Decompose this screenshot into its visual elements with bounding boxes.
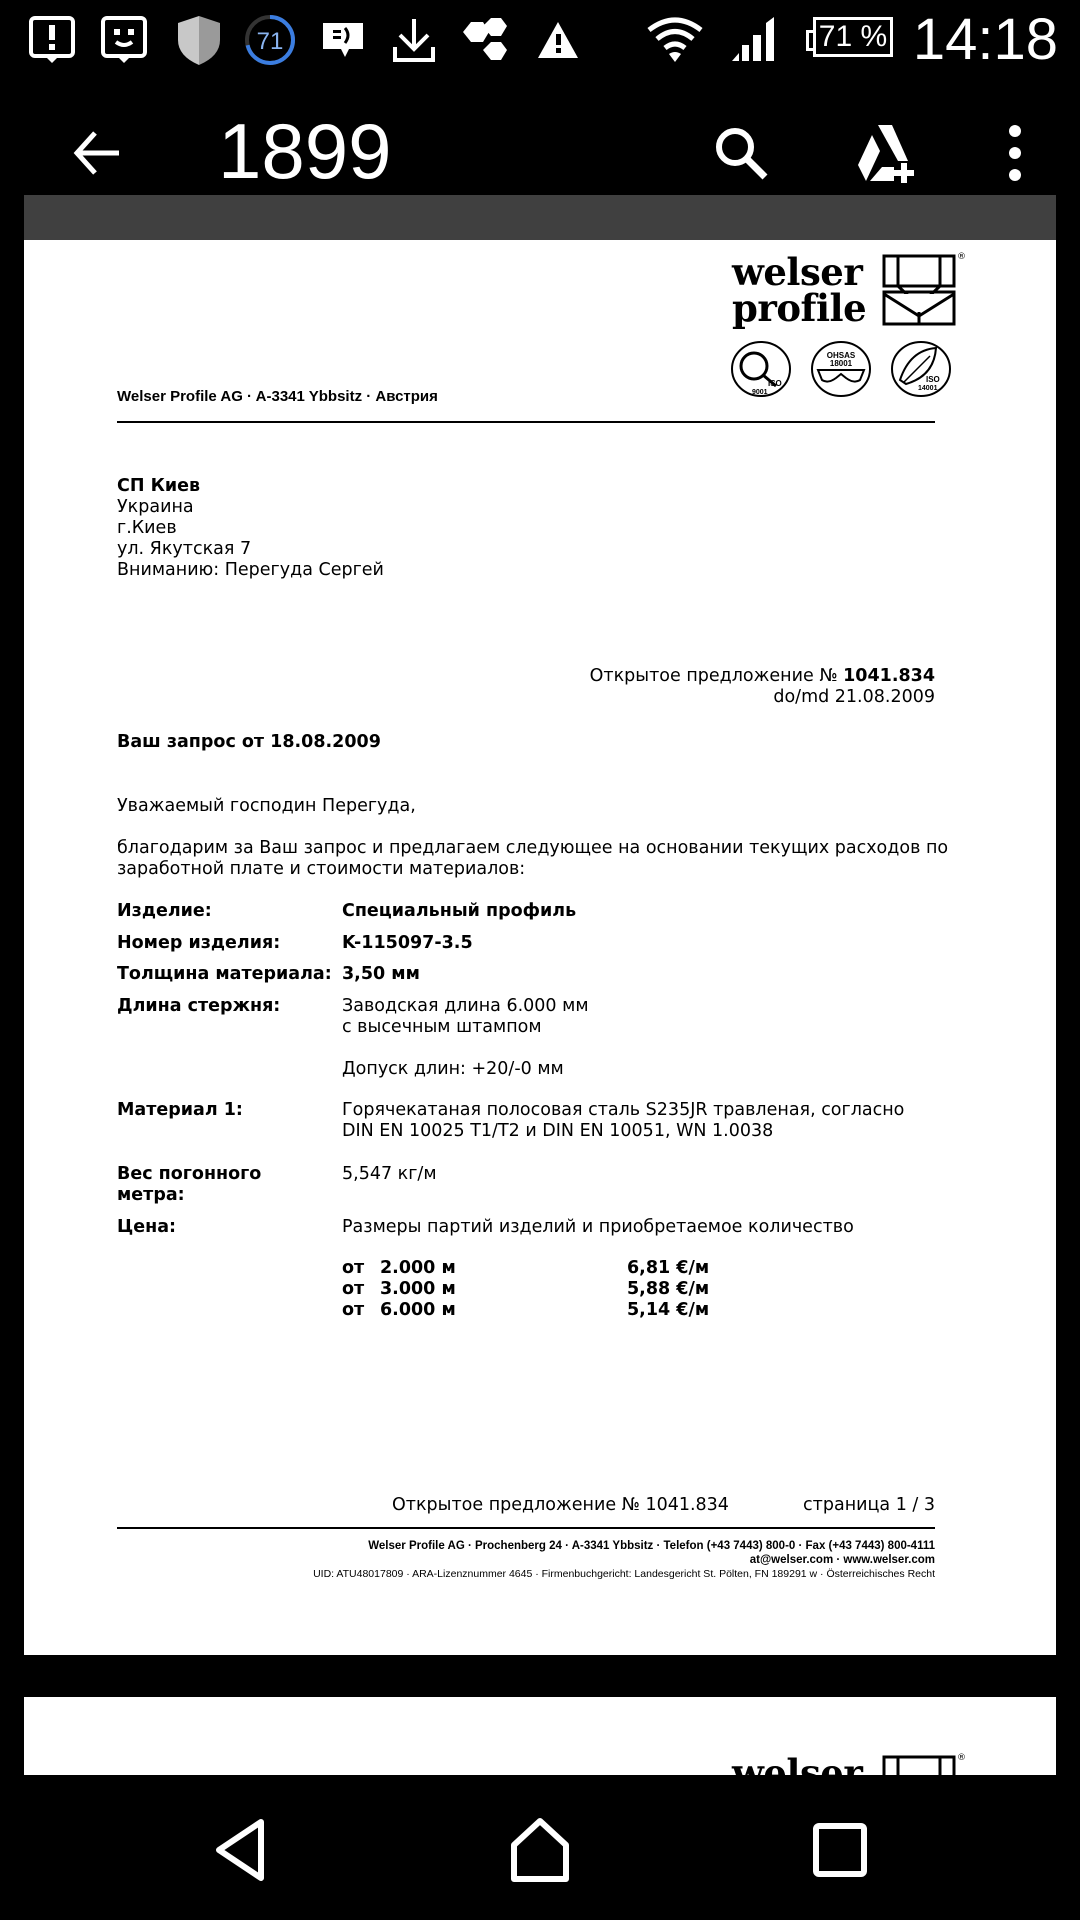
registered-mark: ® [957, 1753, 966, 1763]
nav-home-button[interactable] [495, 1805, 585, 1895]
company-logo-mark-icon [882, 1755, 962, 1775]
svg-text:ISO: ISO [768, 379, 782, 388]
spec-value-part-number: K-115097-3.5 [342, 933, 473, 954]
spec-value-weight: 5,547 кг/м [342, 1164, 437, 1185]
status-bar: 71 71 % 14:18 [0, 0, 1080, 80]
search-button[interactable] [706, 118, 776, 188]
battery-percent: 71 % [819, 20, 887, 54]
price-quantity: 2.000 м [380, 1258, 456, 1279]
spec-value-price: Размеры партий изделий и приобретаемое к… [342, 1217, 854, 1238]
score-71-ring-icon: 71 [243, 14, 297, 66]
company-footer-line-3: UID: ATU48017809 · ARA-Lizenznummer 4645… [313, 1568, 935, 1580]
offer-block: Открытое предложение № 1041.834 do/md 21… [590, 666, 935, 708]
svg-text:ISO: ISO [926, 375, 940, 384]
company-footer-line-1: Welser Profile AG · Prochenberg 24 · A-3… [368, 1540, 935, 1552]
arrow-back-icon [69, 125, 125, 181]
length-tolerance: Допуск длин: +20/-0 мм [342, 1059, 589, 1080]
recipient-line: ул. Якутская 7 [117, 539, 384, 560]
spec-value-thickness: 3,50 мм [342, 964, 420, 985]
price-quantity: 6.000 м [380, 1300, 456, 1321]
battery-icon: 71 % [813, 17, 893, 57]
price-value: 6,81 €/м [627, 1258, 709, 1279]
logo-line-1: welser [732, 254, 866, 290]
spec-label-price: Цена: [117, 1217, 176, 1238]
more-vert-icon [1005, 123, 1025, 183]
price-value: 5,14 €/м [627, 1300, 709, 1321]
alert-message-icon [26, 14, 78, 66]
spec-label-product: Изделие: [117, 901, 212, 922]
hexagons-icon [460, 14, 512, 66]
iso-14001-seal-icon: ISO 14001 [890, 340, 952, 398]
spec-label-bar-length: Длина стержня: [117, 996, 280, 1017]
company-logo-mark-icon [882, 254, 962, 326]
svg-text:9001: 9001 [752, 389, 768, 396]
price-prefix: от [342, 1258, 364, 1279]
svg-text:71: 71 [257, 28, 284, 55]
spec-label-weight: Вес погонного метра: [117, 1164, 261, 1206]
spec-value-product: Специальный профиль [342, 901, 576, 922]
system-nav-bar [0, 1775, 1080, 1920]
search-icon [711, 123, 771, 183]
subject-line: Ваш запрос от 18.08.2009 [117, 732, 381, 753]
recipient-name: СП Киев [117, 476, 384, 497]
chat-emoticon-icon [320, 14, 366, 66]
warning-icon [535, 14, 581, 66]
clock: 14:18 [913, 6, 1058, 73]
spec-label-part-number: Номер изделия: [117, 933, 280, 954]
recipient-line: г.Киев [117, 518, 384, 539]
offer-label: Открытое предложение № [590, 666, 838, 686]
add-to-drive-button[interactable] [850, 118, 920, 188]
bar-length-line: Заводская длина 6.000 мм [342, 996, 589, 1017]
nav-back-button[interactable] [196, 1805, 286, 1895]
intro-paragraph: благодарим за Ваш запрос и предлагаем сл… [117, 838, 948, 880]
price-quantity: 3.000 м [380, 1279, 456, 1300]
bar-length-line: с высечным штампом [342, 1017, 589, 1038]
back-button[interactable] [62, 118, 132, 188]
recipient-line: Украина [117, 497, 384, 518]
recipient-block: СП Киев Украина г.Киев ул. Якутская 7 Вн… [117, 476, 384, 581]
spec-value-bar-length: Заводская длина 6.000 мм с высечным штам… [342, 996, 589, 1080]
footer-offer-ref: Открытое предложение № 1041.834 [392, 1495, 729, 1516]
nav-recents-icon [812, 1822, 868, 1878]
wifi-icon [645, 14, 705, 66]
spec-value-material: Горячекатаная полосовая сталь S235JR тра… [342, 1100, 904, 1142]
sender-address-line: Welser Profile AG · A-3341 Ybbsitz · Авс… [117, 388, 438, 405]
svg-text:18001: 18001 [830, 359, 853, 368]
shield-icon [174, 14, 224, 66]
nav-home-icon [508, 1817, 572, 1883]
iso-9001-seal-icon: ISO 9001 [730, 340, 792, 398]
nav-back-icon [211, 1818, 271, 1882]
ohsas-18001-seal-icon: OHSAS 18001 [810, 340, 872, 398]
price-value: 5,88 €/м [627, 1279, 709, 1300]
weight-label-line: Вес погонного [117, 1164, 261, 1185]
price-prefix: от [342, 1279, 364, 1300]
offer-ref-date: do/md 21.08.2009 [590, 687, 935, 708]
material-line: Горячекатаная полосовая сталь S235JR тра… [342, 1100, 904, 1121]
intro-line: заработной плате и стоимости материалов: [117, 859, 948, 880]
drive-add-icon [852, 121, 918, 185]
price-prefix: от [342, 1300, 364, 1321]
page-toolbar-strip [24, 195, 1056, 240]
download-icon [390, 14, 438, 66]
document-page-2[interactable]: welser ® [24, 1697, 1056, 1775]
recipient-line: Вниманию: Перегуда Сергей [117, 560, 384, 581]
company-logo-text: welser [732, 1755, 862, 1775]
spec-label-material: Материал 1: [117, 1100, 243, 1121]
company-footer-line-2: at@welser.com · www.welser.com [750, 1554, 935, 1566]
nav-recents-button[interactable] [795, 1805, 885, 1895]
header-divider [117, 421, 935, 423]
footer-divider [117, 1527, 935, 1529]
greeting: Уважаемый господин Перегуда, [117, 796, 416, 817]
material-line: DIN EN 10025 T1/T2 и DIN EN 10051, WN 1.… [342, 1121, 904, 1142]
registered-mark: ® [957, 252, 966, 262]
company-logo-text: welser profile [732, 254, 866, 326]
document-title: 1899 [218, 112, 392, 190]
intro-line: благодарим за Ваш запрос и предлагаем сл… [117, 838, 948, 859]
weight-label-line: метра: [117, 1185, 261, 1206]
svg-text:14001: 14001 [918, 385, 938, 392]
more-options-button[interactable] [980, 118, 1050, 188]
offer-number: 1041.834 [843, 666, 935, 686]
document-page-1[interactable]: welser profile ® ISO 9001 OHSAS 18001 IS… [24, 240, 1056, 1655]
spec-label-thickness: Толщина материала: [117, 964, 332, 985]
cell-signal-icon [728, 14, 778, 66]
page-indicator: страница 1 / 3 [803, 1495, 935, 1516]
feedback-smile-icon [98, 14, 150, 66]
logo-line-2: profile [732, 290, 866, 326]
